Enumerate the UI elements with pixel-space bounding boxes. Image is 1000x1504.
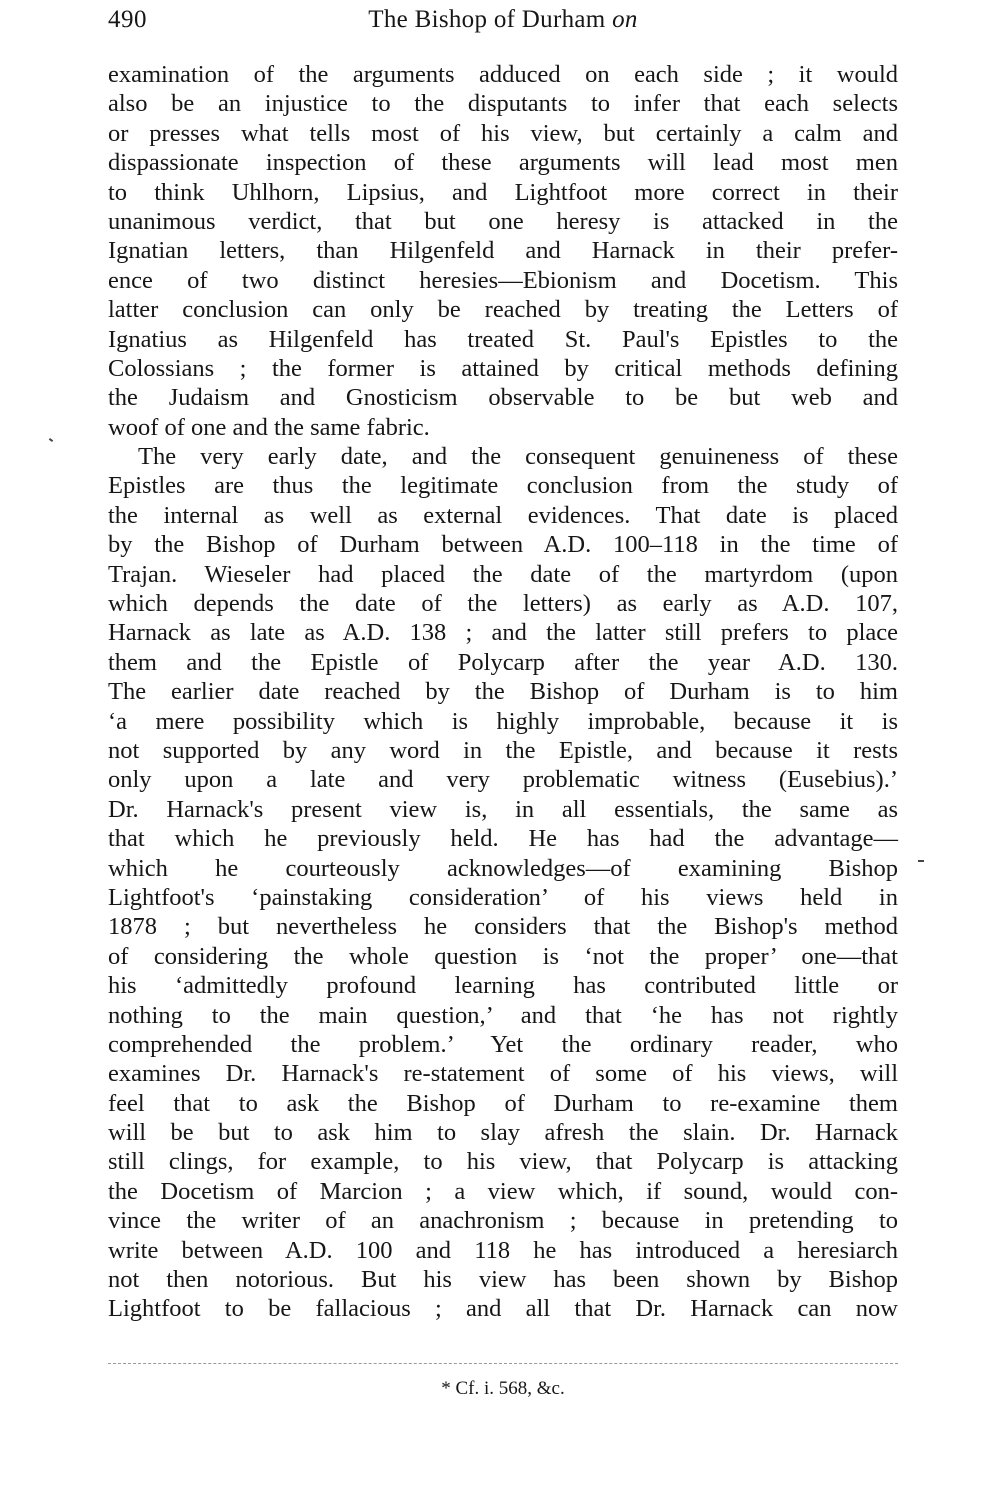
book-page: 490 The Bishop of Durham on examination … <box>0 0 1000 1504</box>
text-line: Harnack as late as A.D. 138 ; and the la… <box>108 618 898 647</box>
text-line: his ‘admittedly profound learning has co… <box>108 971 898 1000</box>
text-line: Colossians ; the former is attained by c… <box>108 354 898 383</box>
text-line: Lightfoot's ‘painstaking consideration’ … <box>108 883 898 912</box>
text-line: only upon a late and very problematic wi… <box>108 765 898 794</box>
text-line: Ignatius as Hilgenfeld has treated St. P… <box>108 325 898 354</box>
text-line: comprehended the problem.’ Yet the ordin… <box>108 1030 898 1059</box>
text-line: ‘a mere possibility which is highly impr… <box>108 707 898 736</box>
text-line: vince the writer of an anachronism ; bec… <box>108 1206 898 1235</box>
body-text: examination of the arguments adduced on … <box>108 60 898 1324</box>
text-line: latter conclusion can only be reached by… <box>108 295 898 324</box>
footnote-divider <box>108 1363 898 1364</box>
running-title: The Bishop of Durham on <box>108 6 898 34</box>
footnote: * Cf. i. 568, &c. <box>108 1378 898 1400</box>
text-line: which he courteously acknowledges—of exa… <box>108 854 898 883</box>
text-line: or presses what tells most of his view, … <box>108 119 898 148</box>
text-line: them and the Epistle of Polycarp after t… <box>108 648 898 677</box>
text-line: write between A.D. 100 and 118 he has in… <box>108 1236 898 1265</box>
text-line: still clings, for example, to his view, … <box>108 1147 898 1176</box>
text-line: examination of the arguments adduced on … <box>108 60 898 89</box>
text-line: also be an injustice to the disputants t… <box>108 89 898 118</box>
text-line: Dr. Harnack's present view is, in all es… <box>108 795 898 824</box>
running-title-italic: on <box>612 6 638 33</box>
text-line: The earlier date reached by the Bishop o… <box>108 677 898 706</box>
scan-speck-mark <box>49 438 53 442</box>
text-line: by the Bishop of Durham between A.D. 100… <box>108 530 898 559</box>
text-line: that which he previously held. He has ha… <box>108 824 898 853</box>
text-line: the Docetism of Marcion ; a view which, … <box>108 1177 898 1206</box>
text-line: woof of one and the same fabric. <box>108 413 898 442</box>
text-line: not then notorious. But his view has bee… <box>108 1265 898 1294</box>
text-line: nothing to the main question,’ and that … <box>108 1001 898 1030</box>
text-line: will be but to ask him to slay afresh th… <box>108 1118 898 1147</box>
paragraph-1: examination of the arguments adduced on … <box>108 60 898 442</box>
text-line: not supported by any word in the Epistle… <box>108 736 898 765</box>
running-title-text: The Bishop of Durham <box>368 6 605 33</box>
text-line: the Judaism and Gnosticism observable to… <box>108 383 898 412</box>
scan-speck-mark <box>918 860 924 862</box>
text-line: feel that to ask the Bishop of Durham to… <box>108 1089 898 1118</box>
running-head: 490 The Bishop of Durham on <box>108 6 898 42</box>
text-line: dispassionate inspection of these argume… <box>108 148 898 177</box>
text-line: the internal as well as external evidenc… <box>108 501 898 530</box>
text-line: unanimous verdict, that but one heresy i… <box>108 207 898 236</box>
paragraph-2: The very early date, and the consequent … <box>108 442 898 1324</box>
text-line: ence of two distinct heresies—Ebionism a… <box>108 266 898 295</box>
text-line: to think Uhlhorn, Lipsius, and Lightfoot… <box>108 178 898 207</box>
text-line: 1878 ; but nevertheless he considers tha… <box>108 912 898 941</box>
text-line: Trajan. Wieseler had placed the date of … <box>108 560 898 589</box>
text-line: examines Dr. Harnack's re-statement of s… <box>108 1059 898 1088</box>
text-line: Lightfoot to be fallacious ; and all tha… <box>108 1294 898 1323</box>
text-line: Epistles are thus the legitimate conclus… <box>108 471 898 500</box>
text-line: of considering the whole question is ‘no… <box>108 942 898 971</box>
text-line: The very early date, and the consequent … <box>108 442 898 471</box>
text-line: Ignatian letters, than Hilgenfeld and Ha… <box>108 236 898 265</box>
text-line: which depends the date of the letters) a… <box>108 589 898 618</box>
